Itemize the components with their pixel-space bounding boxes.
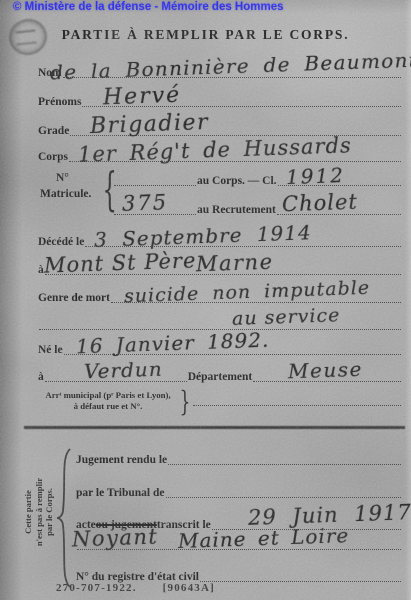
field-arrt-label-line2: à défaut rue et N°. [38, 401, 178, 412]
dotted-line [166, 496, 401, 498]
tribunal-row: par le Tribunal de [76, 483, 402, 500]
field-prenoms-label: Prénoms [38, 96, 81, 109]
field-decede-label: Décédé le [38, 236, 84, 249]
transcrit-lieu-value: Noyant [72, 525, 159, 552]
field-genre-mort-label: Genre de mort [38, 292, 110, 305]
field-matricule-label-no: N° [56, 172, 69, 185]
field-arrt-row [192, 391, 402, 408]
matricule-classe-value: 1912 [286, 163, 346, 189]
matricule-recrutement-value: Cholet [282, 190, 359, 217]
matricule-au-corps-label: au Corps. — Cl. [197, 175, 277, 188]
field-genre-mort-value2: au service [232, 304, 341, 330]
field-grade-value: Brigadier [90, 110, 210, 139]
field-arrt-label-line1: Arrᵗ municipal (pʳ Paris et Lyon), [38, 390, 178, 401]
field-decede-departement-value: Marne [196, 250, 274, 277]
imprint-ref: [90643A] [163, 582, 215, 594]
jugement-label: Jugement rendu le [76, 454, 167, 467]
field-arrt-label: Arrᵗ municipal (pʳ Paris et Lyon), à déf… [38, 390, 178, 412]
matricule-numero-value: 375 [122, 190, 169, 216]
imprint-footer: 270-707-1922. [90643A] [56, 582, 215, 594]
copyright-watermark: © Ministère de la défense - Mémoire des … [13, 1, 284, 13]
form-title: PARTIE À REMPLIR PAR LE CORPS. [0, 27, 411, 43]
field-matricule-label: Matricule. [40, 188, 91, 201]
dotted-line [114, 184, 196, 186]
field-departement-label: Département [188, 371, 253, 384]
dotted-line [168, 463, 401, 465]
field-grade-label: Grade [38, 125, 69, 138]
dotted-line [200, 580, 401, 582]
section-divider [24, 426, 405, 429]
bottom-section-brace [56, 447, 72, 589]
scanned-death-record-card: © Ministère de la défense - Mémoire des … [0, 0, 411, 600]
field-ne-lieu-label: à [38, 371, 44, 384]
jugement-row: Jugement rendu le [76, 450, 402, 467]
field-prenoms-row: Prénoms [38, 92, 402, 109]
field-ne-label: Né le [38, 344, 63, 357]
imprint-number: 270-707-1922. [56, 582, 137, 594]
field-prenoms-value: Hervé [103, 83, 182, 111]
field-corps-label: Corps [38, 151, 68, 164]
field-ne-lieu-value: Verdun [84, 357, 163, 384]
dotted-line [193, 404, 401, 406]
arrt-brace: } [180, 388, 191, 416]
field-decede-lieu-label: à [38, 264, 44, 277]
tribunal-label: par le Tribunal de [76, 487, 165, 500]
matricule-au-recrutement-label: au Recrutement [197, 204, 276, 217]
field-ne-departement-value: Meuse [288, 357, 364, 384]
matricule-corps-row: au Corps. — Cl. [113, 171, 402, 188]
